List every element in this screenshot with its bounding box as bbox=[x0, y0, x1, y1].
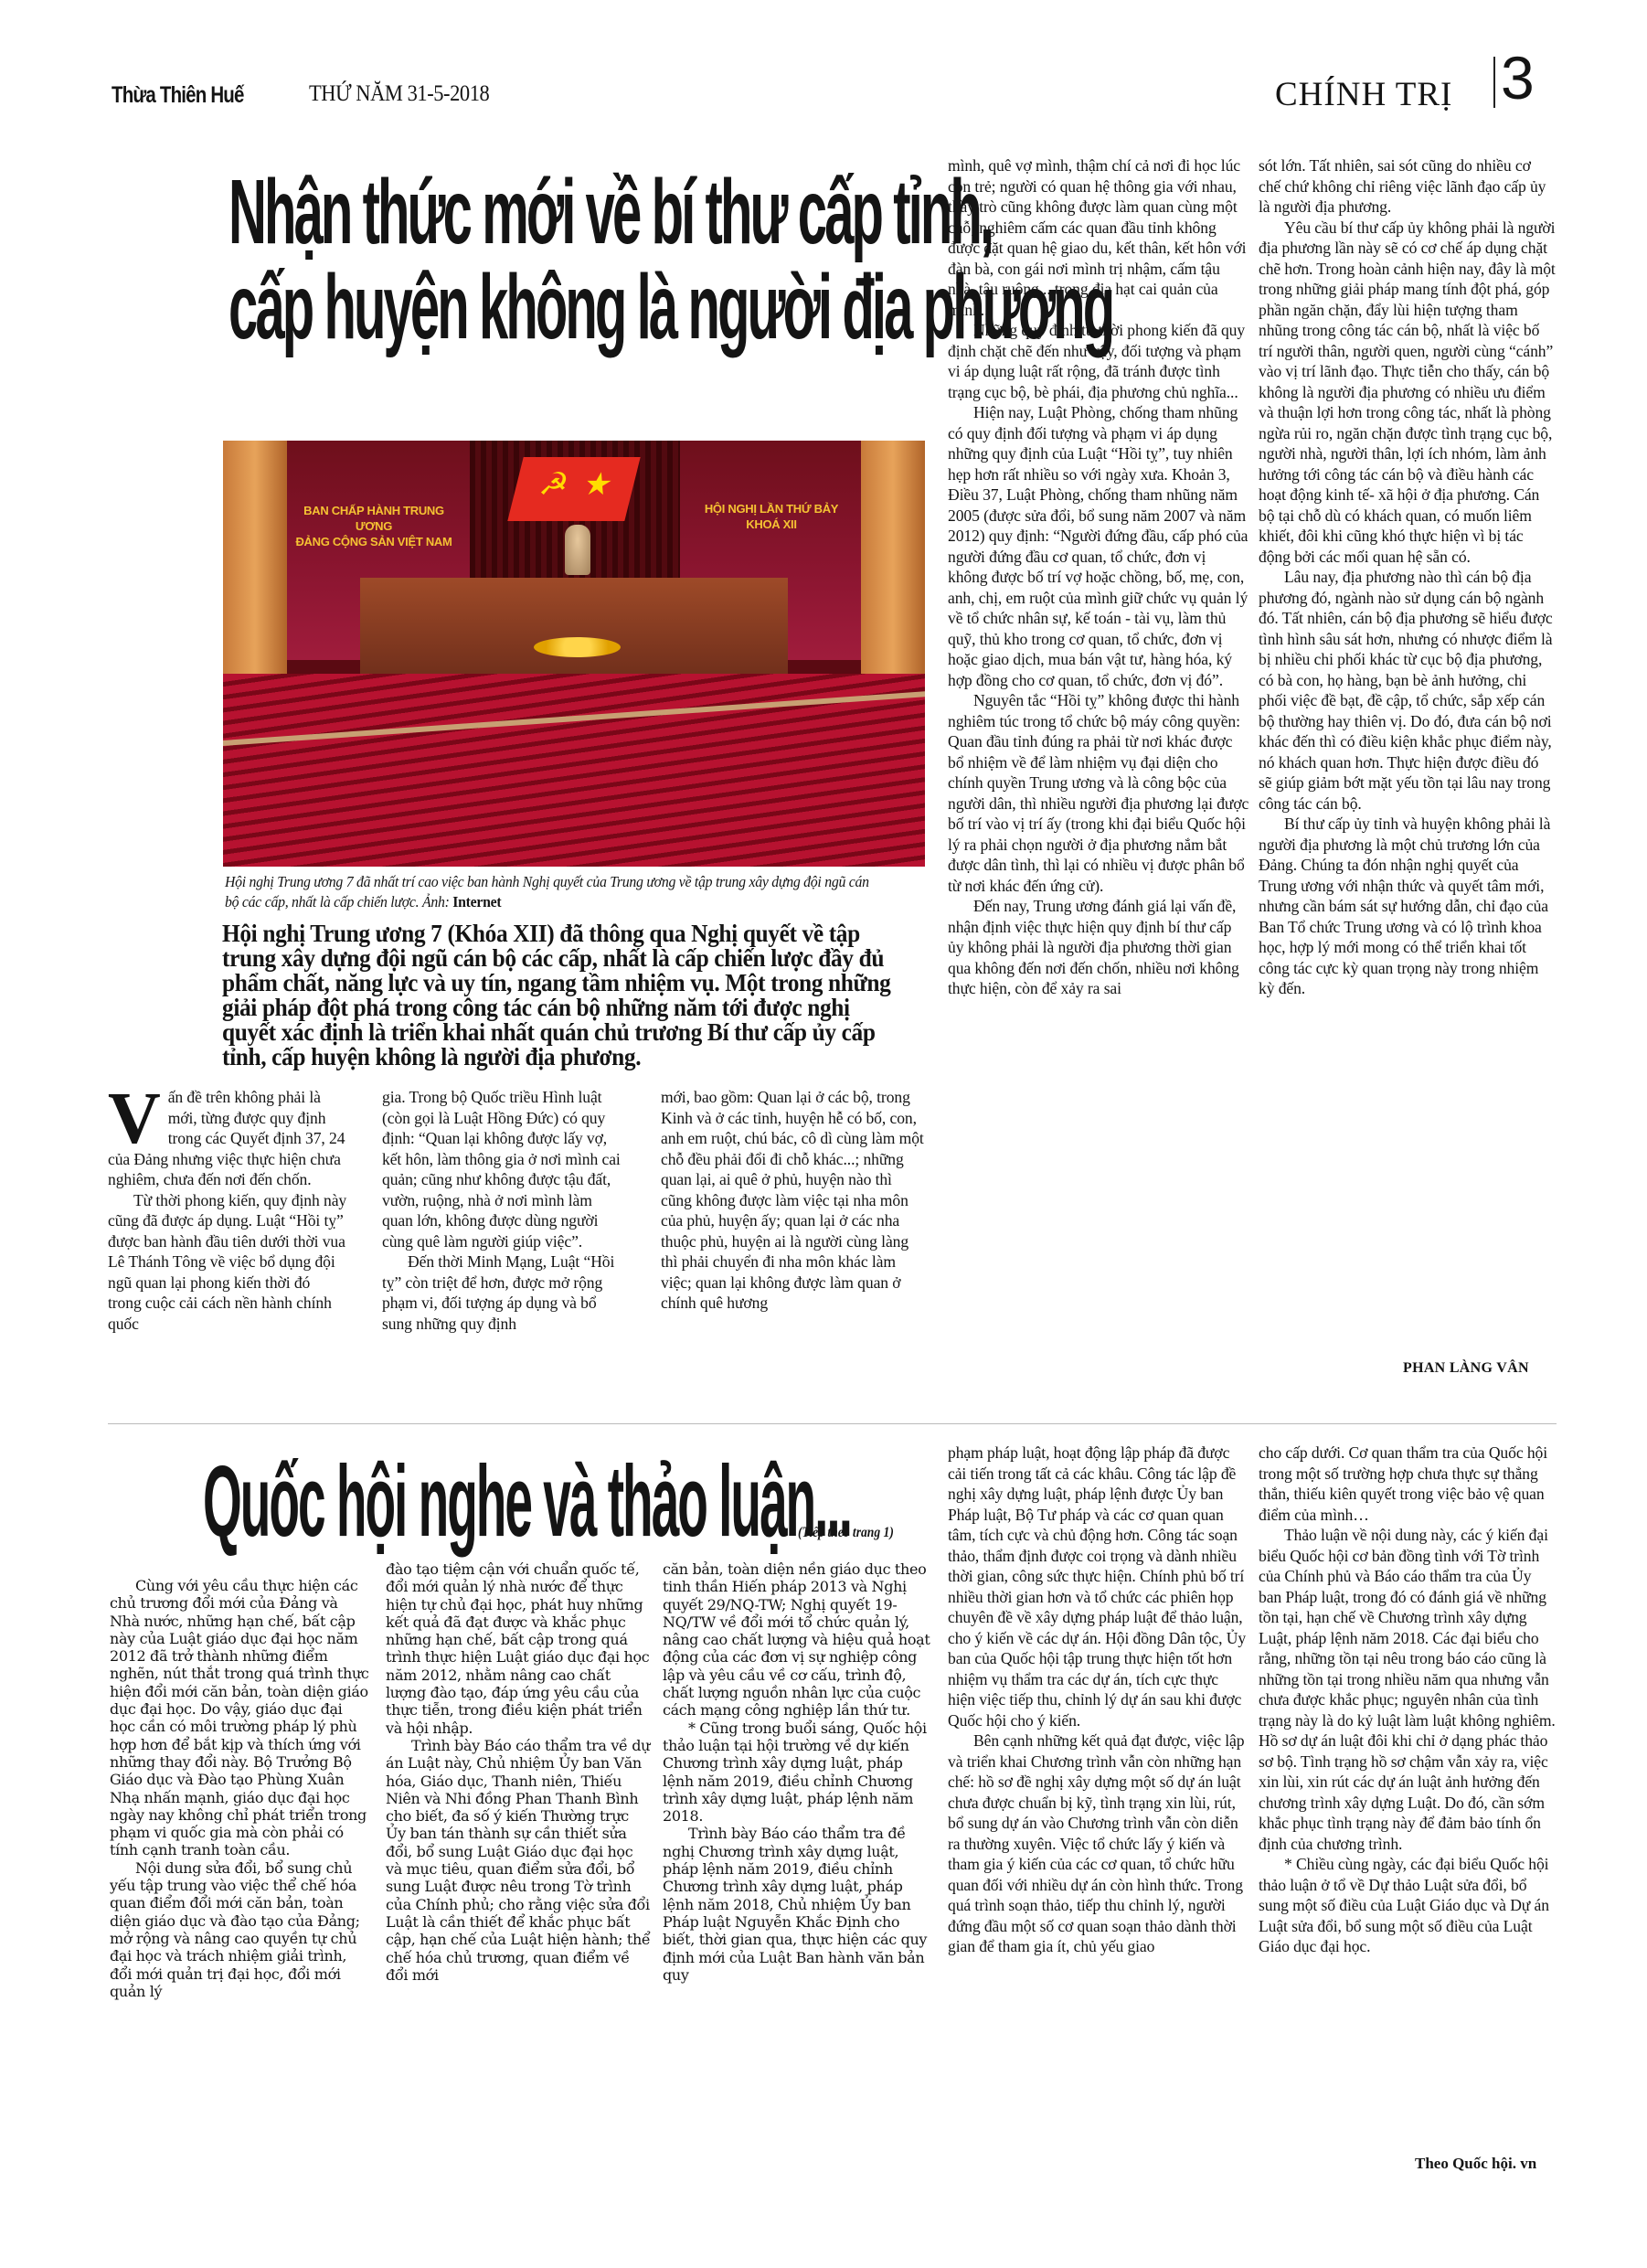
paragraph: Vấn đề trên không phải là mới, từng được… bbox=[108, 1087, 347, 1190]
article-headline: Nhận thức mới về bí thư cấp tỉnh, cấp hu… bbox=[228, 165, 642, 355]
photo-flowers bbox=[534, 637, 621, 657]
section-title: CHÍNH TRỊ bbox=[1275, 75, 1452, 114]
paragraph: cho cấp dưới. Cơ quan thẩm tra của Quốc … bbox=[1259, 1443, 1556, 1525]
article-lede: Hội nghị Trung ương 7 (Khóa XII) đã thôn… bbox=[222, 921, 901, 1070]
paragraph: mới, bao gồm: Quan lại ở các bộ, trong K… bbox=[661, 1087, 926, 1314]
paragraph: Yêu cầu bí thư cấp ủy không phải là ngườ… bbox=[1259, 218, 1556, 568]
photo-pillar-left bbox=[223, 441, 287, 678]
continued-from-note: (Tiếp theo trang 1) bbox=[798, 1525, 894, 1541]
article1-column-5: sót lớn. Tất nhiên, sai sót cũng do nhiề… bbox=[1259, 155, 1556, 999]
header-divider bbox=[1493, 57, 1495, 108]
source-credit: Theo Quốc hội. vn bbox=[1415, 2155, 1536, 2173]
article2-column-5: cho cấp dưới. Cơ quan thẩm tra của Quốc … bbox=[1259, 1443, 1556, 1957]
article2-column-4: phạm pháp luật, hoạt động lập pháp đã đư… bbox=[948, 1443, 1249, 1957]
photo-statue bbox=[565, 525, 590, 575]
article2-headline: Quốc hội nghe và thảo luận... bbox=[203, 1452, 851, 1552]
paragraph: gia. Trong bộ Quốc triều Hình luật (còn … bbox=[382, 1087, 622, 1251]
article-divider bbox=[108, 1423, 1557, 1424]
paragraph: mình, quê vợ mình, thậm chí cả nơi đi họ… bbox=[948, 155, 1249, 320]
paragraph: Trình bày Báo cáo thẩm tra về dự án Luật… bbox=[386, 1737, 651, 1984]
photo-stage bbox=[360, 578, 788, 687]
paragraph: Từ thời phong kiến, quy định này cũng đã… bbox=[108, 1190, 347, 1335]
paragraph: Lâu nay, địa phương nào thì cán bộ địa p… bbox=[1259, 567, 1556, 814]
banner-left-line1: BAN CHẤP HÀNH TRUNG ƯƠNG bbox=[287, 503, 461, 534]
party-flag: ☭ ★ bbox=[507, 457, 640, 521]
paragraph: sót lớn. Tất nhiên, sai sót cũng do nhiề… bbox=[1259, 155, 1556, 218]
banner-left-line2: ĐẢNG CỘNG SẢN VIỆT NAM bbox=[287, 534, 461, 549]
caption-text: Hội nghị Trung ương 7 đã nhất trí cao vi… bbox=[225, 873, 869, 910]
paragraph: Đến thời Minh Mạng, Luật “Hồi tỵ” còn tr… bbox=[382, 1251, 622, 1334]
star-icon: ★ bbox=[580, 470, 616, 501]
article-photo: ☭ ★ BAN CHẤP HÀNH TRUNG ƯƠNG ĐẢNG CỘNG S… bbox=[223, 441, 925, 867]
article1-column-1: Vấn đề trên không phải là mới, từng được… bbox=[108, 1087, 347, 1334]
article2-column-2: đào tạo tiệm cận với chuẩn quốc tế, đổi … bbox=[386, 1560, 651, 1984]
article2-column-1: Cùng với yêu cầu thực hiện các chủ trươn… bbox=[110, 1577, 371, 2000]
paragraph: đào tạo tiệm cận với chuẩn quốc tế, đổi … bbox=[386, 1560, 651, 1737]
article1-column-4: mình, quê vợ mình, thậm chí cả nơi đi họ… bbox=[948, 155, 1249, 999]
banner-left: BAN CHẤP HÀNH TRUNG ƯƠNG ĐẢNG CỘNG SẢN V… bbox=[287, 503, 461, 549]
banner-right: HỘI NGHỊ LẦN THỨ BẢY KHOÁ XII bbox=[703, 501, 840, 532]
hammer-sickle-icon: ☭ bbox=[537, 470, 572, 501]
paragraph: Bí thư cấp ủy tỉnh và huyện không phải l… bbox=[1259, 814, 1556, 999]
paragraph: phạm pháp luật, hoạt động lập pháp đã đư… bbox=[948, 1443, 1249, 1730]
article1-column-3: mới, bao gồm: Quan lại ở các bộ, trong K… bbox=[661, 1087, 926, 1314]
drop-cap: V bbox=[108, 1091, 161, 1147]
banner-right-line1: HỘI NGHỊ LẦN THỨ BẢY bbox=[703, 501, 840, 516]
paragraph: Đến nay, Trung ương đánh giá lại vấn đề,… bbox=[948, 896, 1249, 999]
caption-credit: Internet bbox=[452, 893, 501, 910]
photo-caption: Hội nghị Trung ương 7 đã nhất trí cao vi… bbox=[225, 872, 879, 912]
paragraph: Nguyên tắc “Hồi tỵ” không được thi hành … bbox=[948, 690, 1249, 896]
paragraph: Thảo luận về nội dung này, các ý kiến đạ… bbox=[1259, 1525, 1556, 1854]
article2-column-3: căn bản, toàn diện nền giáo dục theo tin… bbox=[663, 1560, 933, 1984]
paragraph: căn bản, toàn diện nền giáo dục theo tin… bbox=[663, 1560, 933, 1720]
paragraph: Bên cạnh những kết quả đạt được, việc lậ… bbox=[948, 1730, 1249, 1957]
headline-line-2: cấp huyện không là người địa phương bbox=[228, 260, 642, 355]
paragraph: Hiện nay, Luật Phòng, chống tham nhũng c… bbox=[948, 402, 1249, 690]
page-number: 3 bbox=[1501, 48, 1535, 108]
masthead-logo: Thừa Thiên Huế bbox=[112, 82, 244, 109]
paragraph: * Cũng trong buổi sáng, Quốc hội thảo lu… bbox=[663, 1720, 933, 1826]
issue-date: THỨ NĂM 31-5-2018 bbox=[309, 81, 489, 107]
banner-right-line2: KHOÁ XII bbox=[703, 516, 840, 532]
paragraph: Trình bày Báo cáo thẩm tra đề nghị Chươn… bbox=[663, 1825, 933, 1984]
paragraph: Những quy định từ thời phong kiến đã quy… bbox=[948, 320, 1249, 402]
headline-line-1: Nhận thức mới về bí thư cấp tỉnh, bbox=[228, 165, 642, 260]
paragraph: Cùng với yêu cầu thực hiện các chủ trươn… bbox=[110, 1577, 371, 1859]
paragraph: Nội dung sửa đổi, bổ sung chủ yếu tập tr… bbox=[110, 1859, 371, 2000]
author-byline: PHAN LÀNG VÂN bbox=[1403, 1360, 1529, 1377]
article1-column-2: gia. Trong bộ Quốc triều Hình luật (còn … bbox=[382, 1087, 622, 1334]
photo-pillar-right bbox=[861, 441, 925, 678]
paragraph: * Chiều cùng ngày, các đại biểu Quốc hội… bbox=[1259, 1854, 1556, 1957]
